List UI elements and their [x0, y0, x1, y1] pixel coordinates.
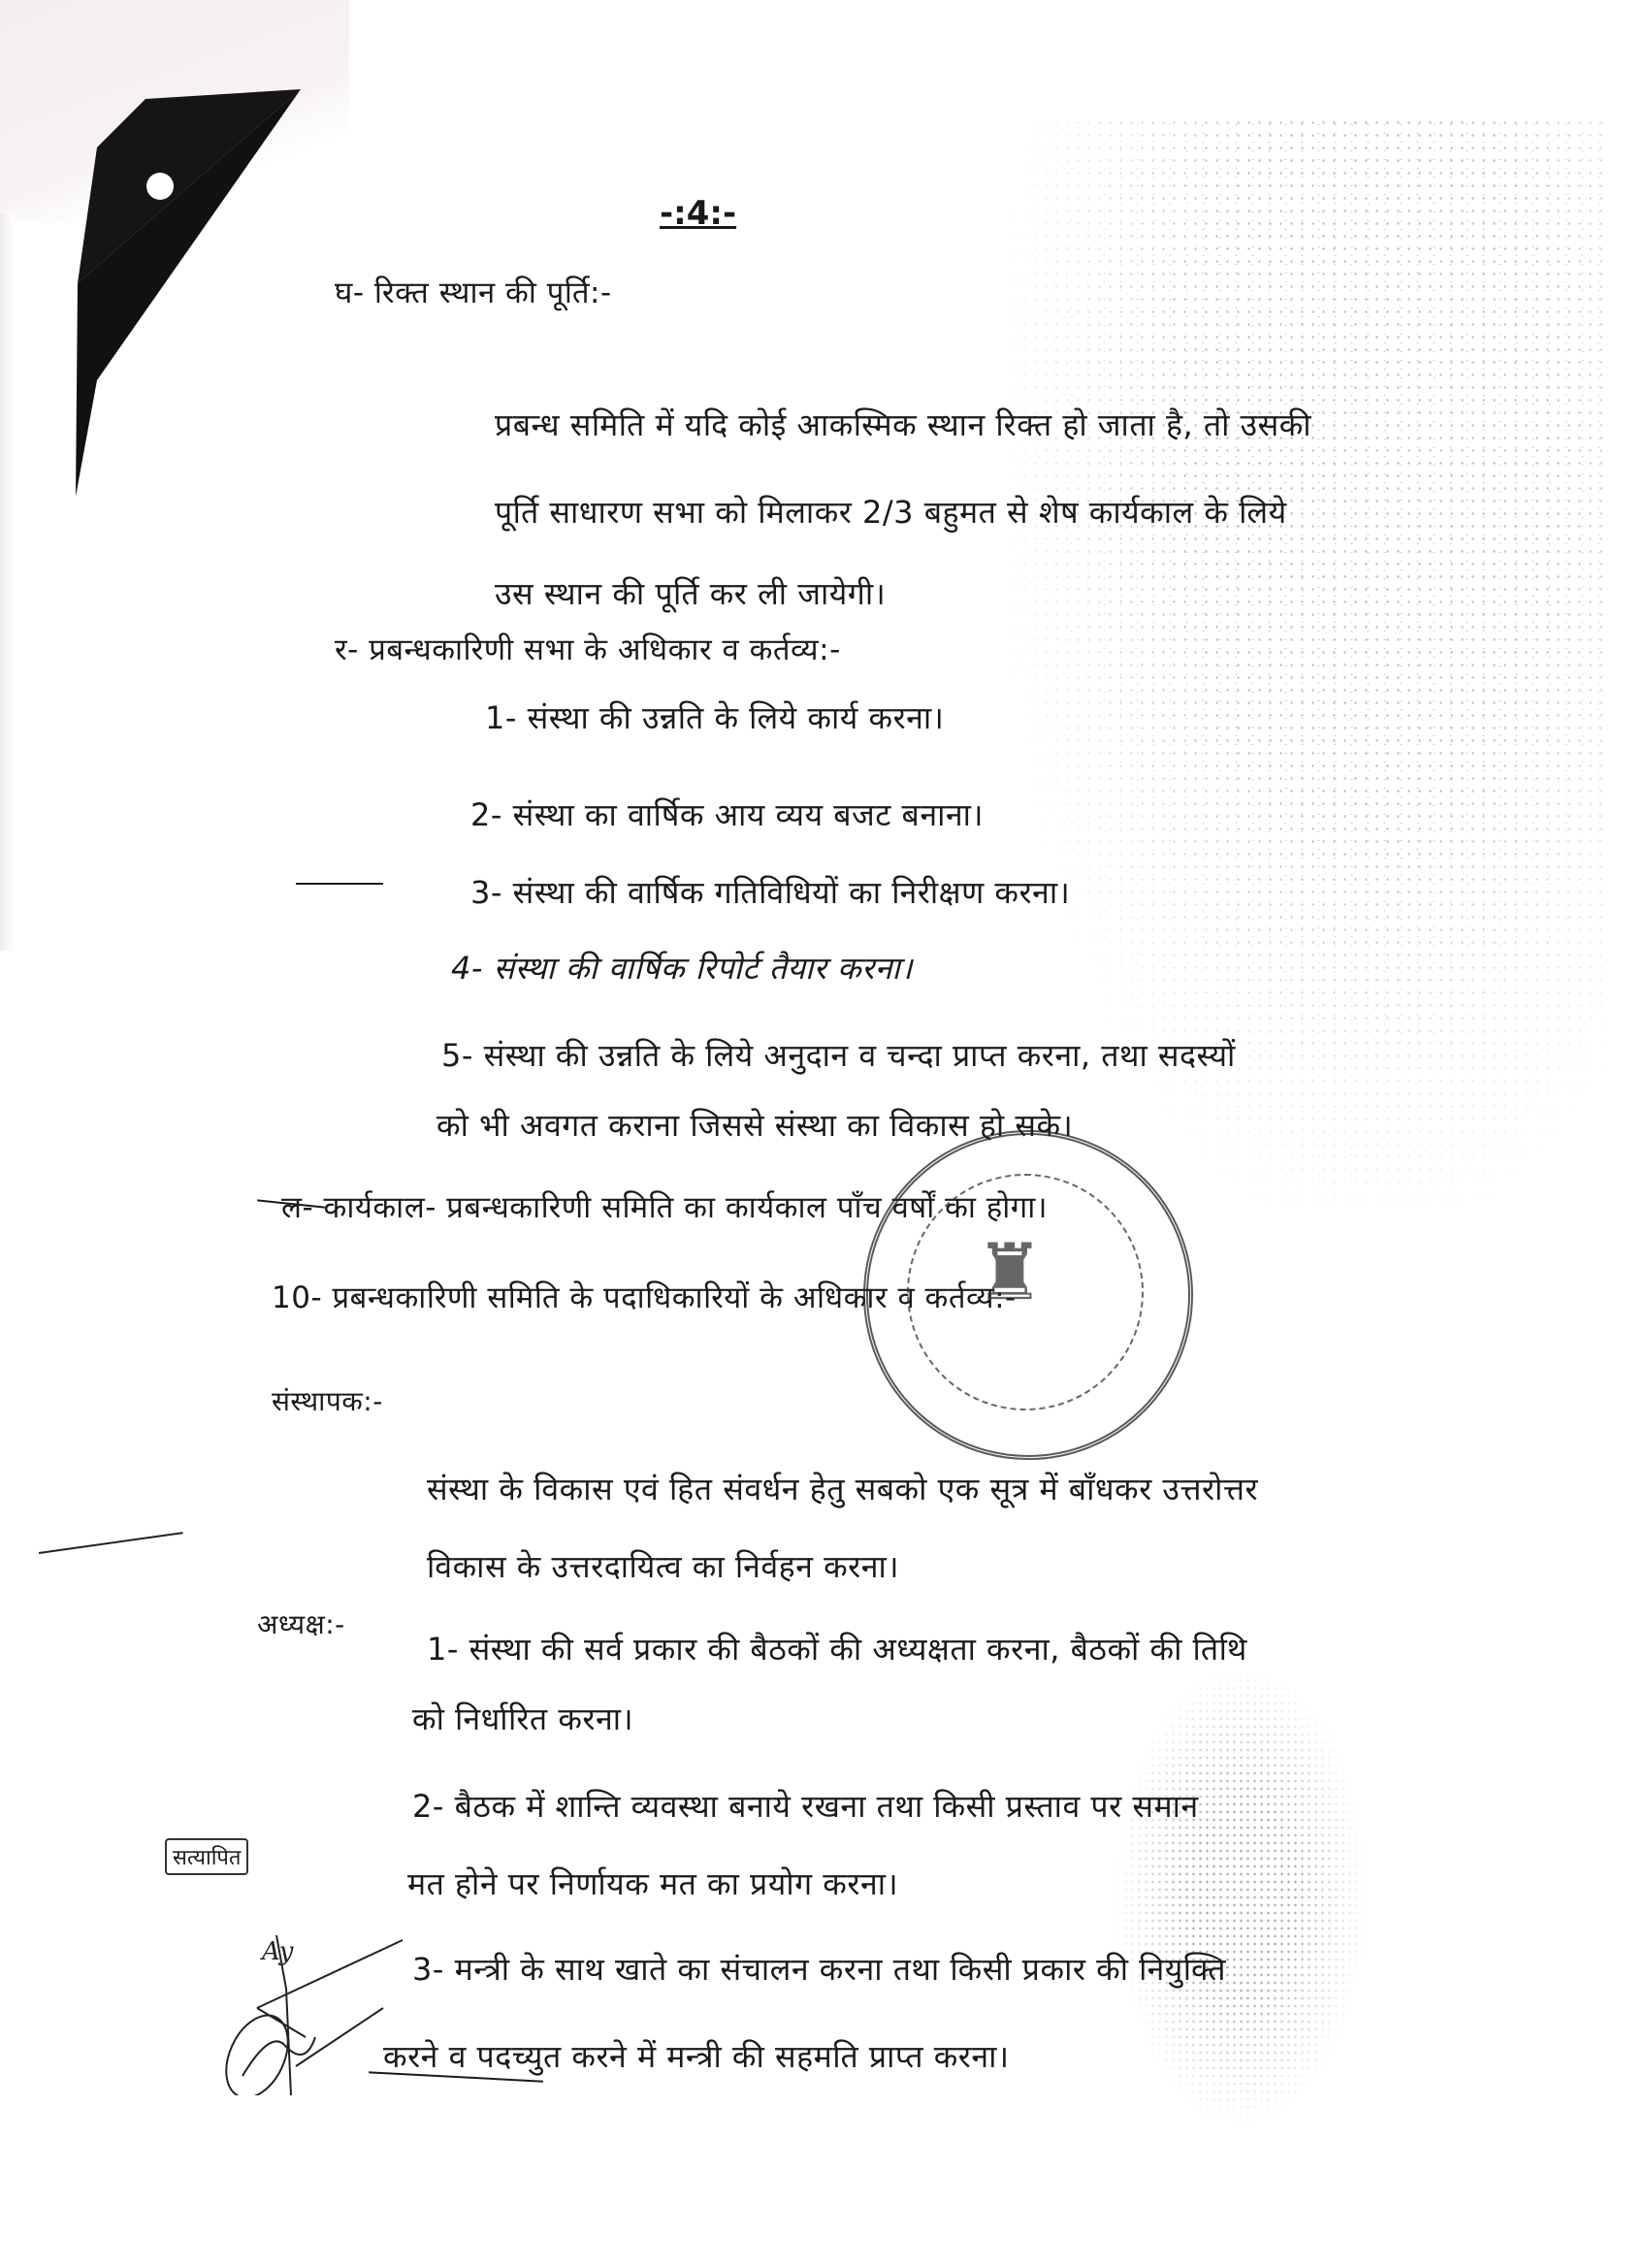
emblem-icon: ♜ — [975, 1227, 1045, 1317]
page-edge-shadow — [0, 213, 14, 951]
page-number: -:4:- — [660, 194, 736, 233]
signature: Ay — [218, 1930, 432, 2095]
list-item: 3- संस्था की वार्षिक गतिविधियों का निरीक… — [470, 873, 1070, 912]
role-label-founder: संस्थापक:- — [272, 1382, 383, 1421]
paragraph-line: प्रबन्ध समिति में यदि कोई आकस्मिक स्थान … — [495, 405, 1311, 444]
list-item: 2- बैठक में शान्ति व्यवस्था बनाये रखना त… — [412, 1787, 1199, 1826]
paragraph-line: संस्था के विकास एवं हित संवर्धन हेतु सबक… — [427, 1470, 1258, 1508]
section-heading-vacancy: घ- रिक्त स्थान की पूर्ति:- — [335, 274, 612, 312]
stray-pen-mark — [39, 1532, 183, 1554]
paragraph-line: विकास के उत्तरदायित्व का निर्वहन करना। — [427, 1547, 899, 1586]
paragraph-line: पूर्ति साधारण सभा को मिलाकर 2/3 बहुमत से… — [495, 493, 1287, 532]
list-item: 3- मन्त्री के साथ खाते का संचालन करना तथ… — [412, 1950, 1226, 1989]
margin-dash — [296, 883, 383, 885]
list-item: 1- संस्था की सर्व प्रकार की बैठकों की अध… — [427, 1630, 1247, 1669]
official-seal: ♜ — [863, 1130, 1193, 1460]
section-heading-managing-committee-powers: र- प्रबन्धकारिणी सभा के अधिकार व कर्तव्य… — [335, 631, 841, 669]
list-item: 1- संस्था की उन्नति के लिये कार्य करना। — [485, 698, 944, 737]
scanned-document-page: -:4:- घ- रिक्त स्थान की पूर्ति:- प्रबन्ध… — [0, 0, 1649, 2268]
list-item: 5- संस्था की उन्नति के लिये अनुदान व चन्… — [441, 1036, 1236, 1075]
role-label-president: अध्यक्ष:- — [257, 1605, 345, 1644]
paragraph-line: उस स्थान की पूर्ति कर ली जायेगी। — [495, 574, 886, 613]
list-item: 2- संस्था का वार्षिक आय व्यय बजट बनाना। — [470, 795, 984, 834]
list-item-continuation: करने व पदच्युत करने में मन्त्री की सहमति… — [383, 2037, 1010, 2076]
photocopy-noise — [1115, 1669, 1368, 2124]
list-item-continuation: मत होने पर निर्णायक मत का प्रयोग करना। — [407, 1864, 898, 1903]
photocopy-corner-blot — [68, 89, 320, 497]
margin-stamp: सत्यापित — [165, 1838, 248, 1875]
list-item-continuation: को निर्धारित करना। — [412, 1700, 633, 1738]
list-item: 4- संस्था की वार्षिक रिपोर्ट तैयार करना। — [451, 949, 913, 988]
